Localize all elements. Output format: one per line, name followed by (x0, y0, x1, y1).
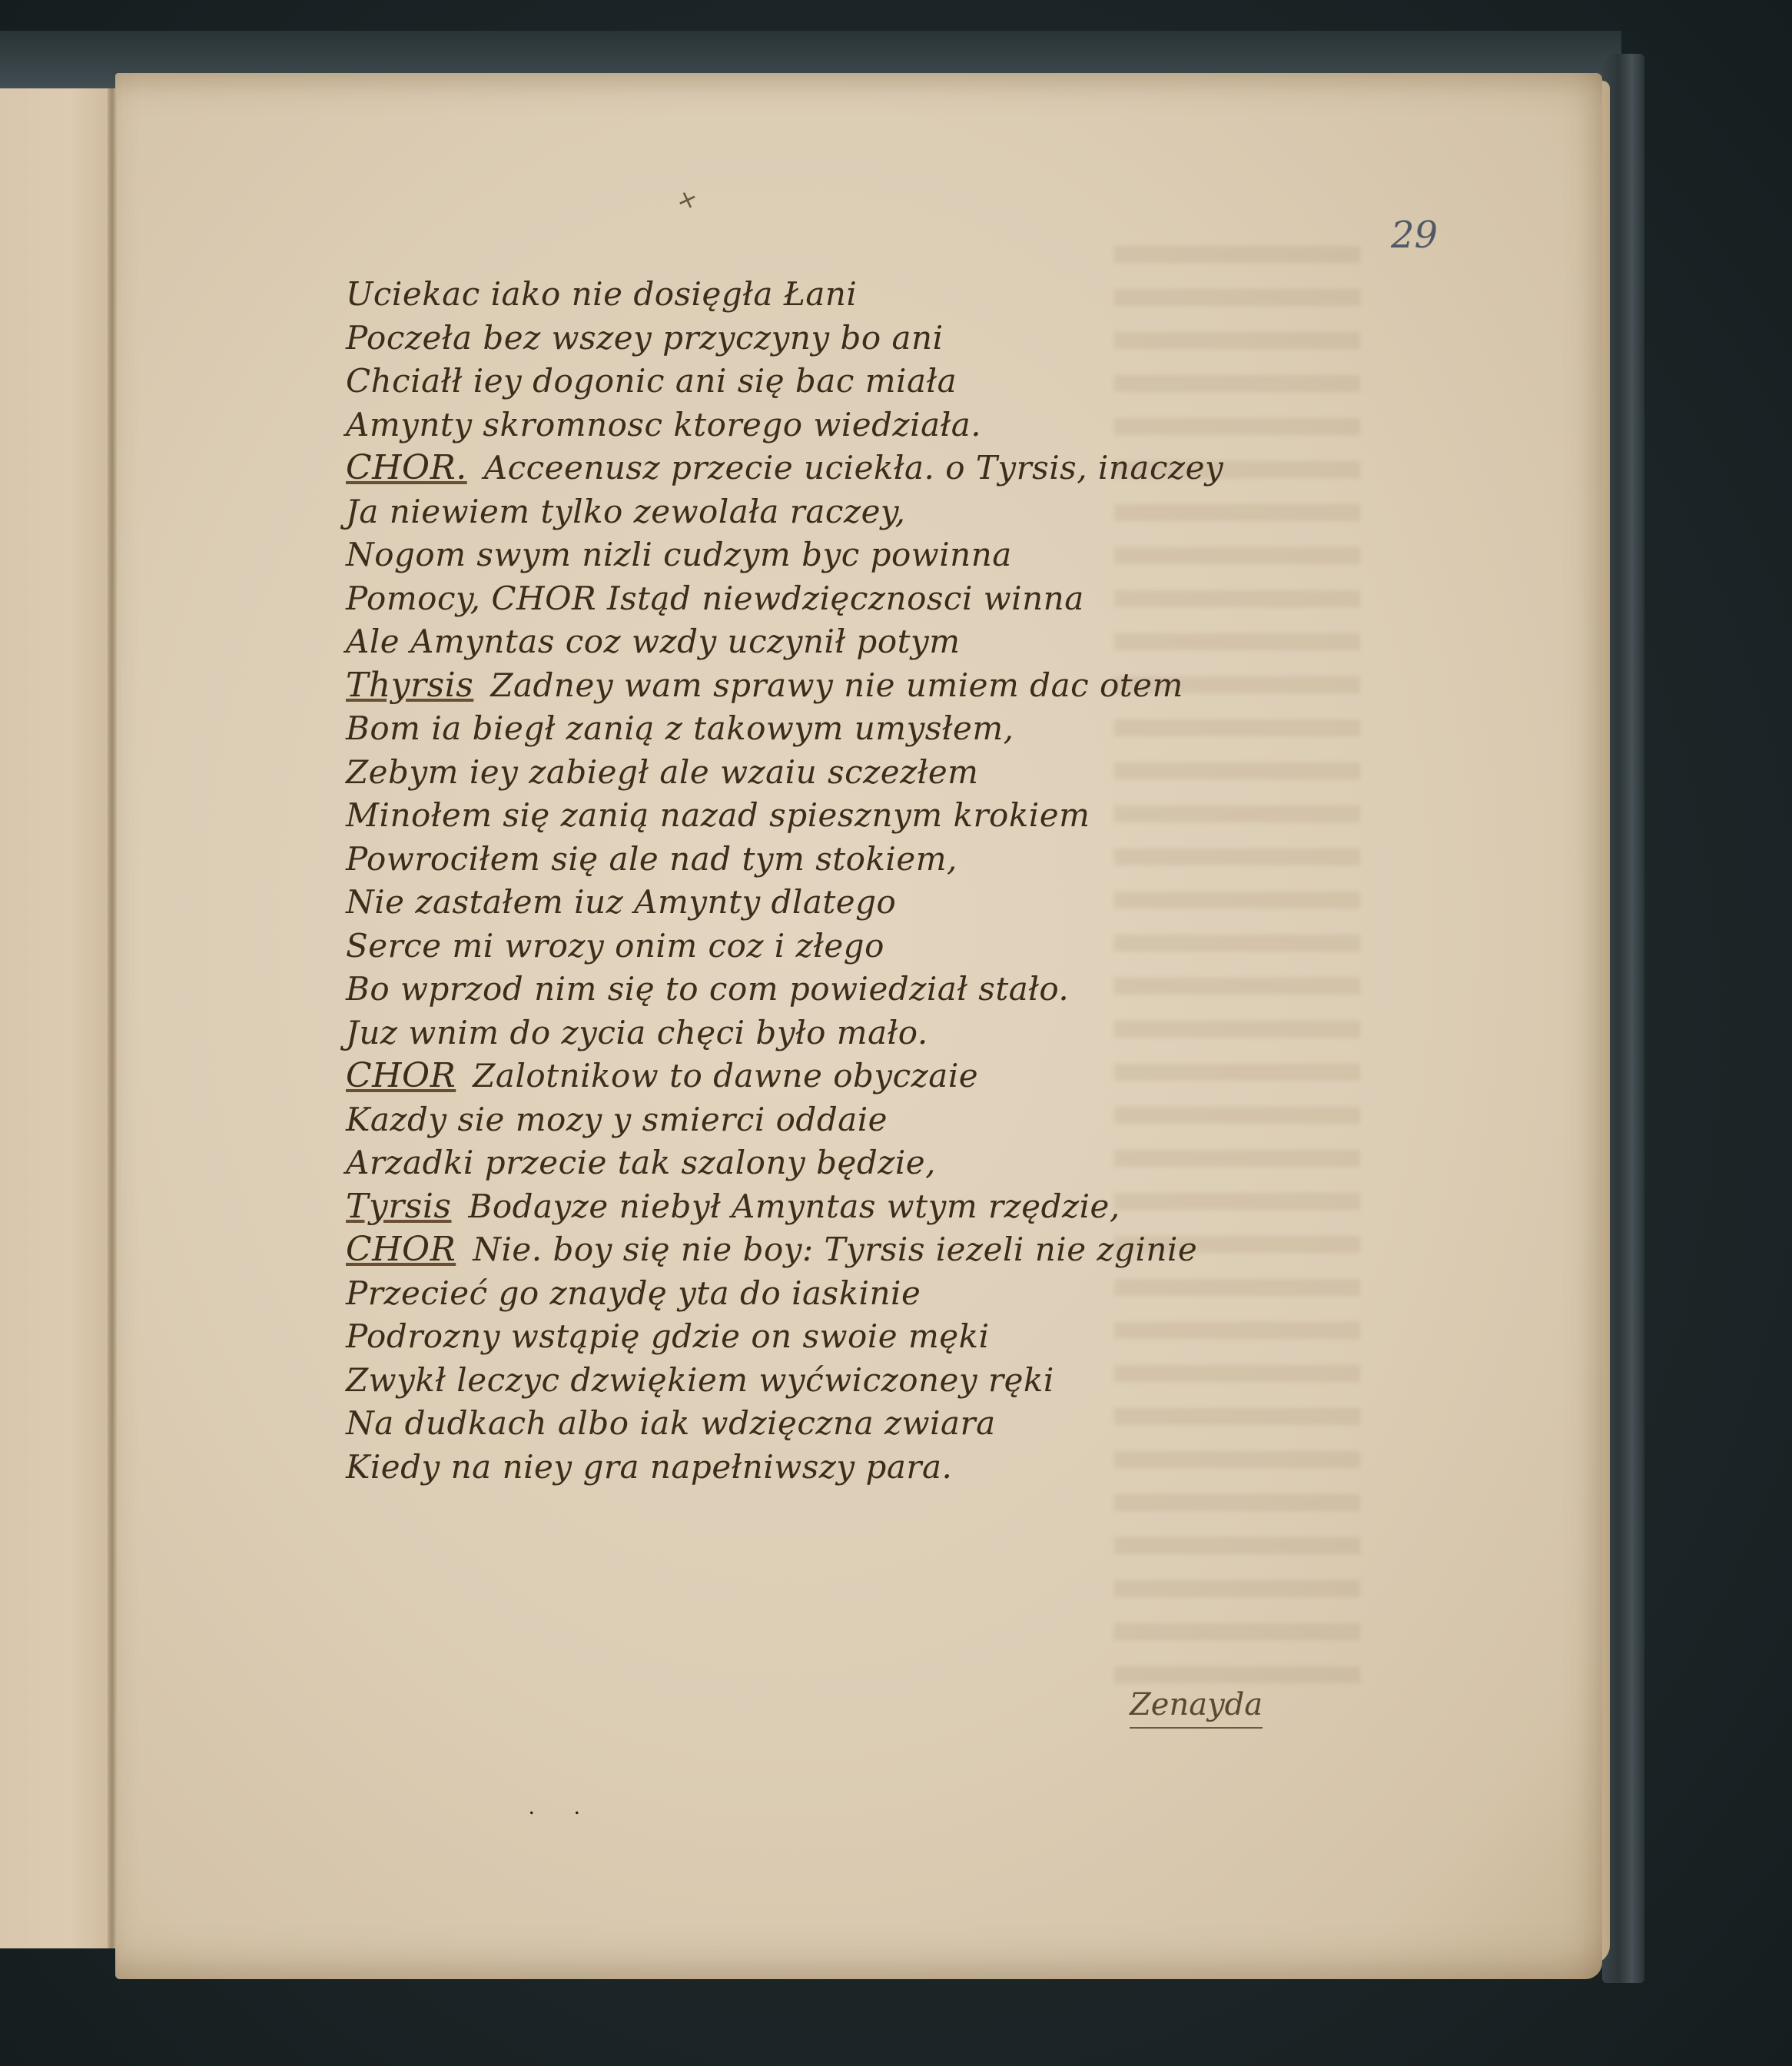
verse-text: Zalotnikow to dawne obyczaie (473, 1057, 978, 1094)
catchword: Zenayda (1130, 1687, 1263, 1729)
speaker-label: Thyrsis (346, 666, 473, 705)
manuscript-line: ThyrsisZadney wam sprawy nie umiem dac o… (346, 664, 1306, 708)
verse-text: Zadney wam sprawy nie umiem dac otem (490, 666, 1183, 704)
manuscript-line: Kazdy sie mozy y smierci oddaie (346, 1098, 1306, 1142)
verse-text: Pomocy, CHOR Istąd niewdzięcznosci winna (346, 580, 1084, 617)
verse-text: Arzadki przecie tak szalony będzie, (346, 1144, 936, 1181)
manuscript-line: Minołem się zanią nazad spiesznym krokie… (346, 794, 1306, 838)
verse-text: Zebym iey zabiegł ale wzaiu sczezłem (346, 753, 979, 791)
manuscript-line: Arzadki przecie tak szalony będzie, (346, 1141, 1306, 1185)
verse-text: Bo wprzod nim się to com powiedział stał… (346, 970, 1069, 1008)
verse-text: Nie zastałem iuz Amynty dlatego (346, 883, 896, 921)
manuscript-line: Podrozny wstąpię gdzie on swoie męki (346, 1315, 1306, 1359)
page-gutter (108, 88, 117, 1948)
manuscript-line: TyrsisBodayze niebył Amyntas wtym rzędzi… (346, 1185, 1306, 1229)
manuscript-line: Kiedy na niey gra napełniwszy para. (346, 1446, 1306, 1490)
verse-text: Bom ia biegł zanią z takowym umysłem, (346, 709, 1014, 747)
verse-text: Podrozny wstąpię gdzie on swoie męki (346, 1317, 990, 1355)
manuscript-line: Pomocy, CHOR Istąd niewdzięcznosci winna (346, 577, 1306, 621)
verse-text: Serce mi wrozy onim coz i złego (346, 927, 884, 965)
verse-text: Poczeła bez wszey przyczyny bo ani (346, 319, 944, 357)
verse-text: Ale Amyntas coz wzdy uczynił potym (346, 623, 961, 660)
manuscript-line: Bo wprzod nim się to com powiedział stał… (346, 968, 1306, 1011)
facing-page-left (0, 88, 115, 1948)
manuscript-line: Przecieć go znaydę yta do iaskinie (346, 1272, 1306, 1316)
folio-number: 29 (1391, 214, 1438, 257)
manuscript-line: CHOR.Acceenusz przecie uciekła. o Tyrsis… (346, 447, 1306, 490)
manuscript-line: Zebym iey zabiegł ale wzaiu sczezłem (346, 751, 1306, 795)
verse-text: Acceenusz przecie uciekła. o Tyrsis, ina… (484, 449, 1223, 487)
verse-text: Na dudkach albo iak wdzięczna zwiara (346, 1404, 996, 1442)
verse-text: Ja niewiem tylko zewolała raczey, (346, 493, 905, 530)
manuscript-line: Bom ia biegł zanią z takowym umysłem, (346, 707, 1306, 751)
manuscript-line: CHORZalotnikow to dawne obyczaie (346, 1055, 1306, 1098)
verse-text: Nogom swym nizli cudzym byc powinna (346, 536, 1012, 573)
manuscript-line: Na dudkach albo iak wdzięczna zwiara (346, 1402, 1306, 1446)
verse-text: Uciekac iako nie dosięgła Łani (346, 275, 857, 313)
verse-text: Zwykł leczyc dzwiękiem wyćwiczoney ręki (346, 1361, 1054, 1399)
manuscript-line: Nie zastałem iuz Amynty dlatego (346, 881, 1306, 925)
manuscript-text: Uciekac iako nie dosięgła ŁaniPoczeła be… (346, 273, 1306, 1489)
speaker-label: CHOR (346, 1230, 456, 1269)
speaker-label: Tyrsis (346, 1187, 451, 1226)
verse-text: Nie. boy się nie boy: Tyrsis iezeli nie … (473, 1231, 1197, 1268)
verse-text: Bodayze niebył Amyntas wtym rzędzie, (468, 1187, 1120, 1225)
verse-text: Chciałł iey dogonic ani się bac miała (346, 362, 957, 400)
manuscript-line: Ale Amyntas coz wzdy uczynił potym (346, 620, 1306, 664)
manuscript-line: Nogom swym nizli cudzym byc powinna (346, 533, 1306, 577)
verse-text: Juz wnim do zycia chęci było mało. (346, 1014, 928, 1051)
manuscript-line: Juz wnim do zycia chęci było mało. (346, 1011, 1306, 1055)
ink-dots: . . (529, 1794, 597, 1820)
verse-text: Amynty skromnosc ktorego wiedziała. (346, 406, 981, 443)
verse-text: Powrociłem się ale nad tym stokiem, (346, 840, 957, 878)
manuscript-line: Zwykł leczyc dzwiękiem wyćwiczoney ręki (346, 1359, 1306, 1403)
verse-text: Kazdy sie mozy y smierci oddaie (346, 1101, 888, 1138)
manuscript-line: Chciałł iey dogonic ani się bac miała (346, 360, 1306, 404)
verse-text: Przecieć go znaydę yta do iaskinie (346, 1274, 921, 1312)
manuscript-line: Uciekac iako nie dosięgła Łani (346, 273, 1306, 317)
verse-text: Kiedy na niey gra napełniwszy para. (346, 1448, 952, 1486)
manuscript-line: Poczeła bez wszey przyczyny bo ani (346, 317, 1306, 360)
speaker-label: CHOR. (346, 448, 467, 487)
manuscript-line: Amynty skromnosc ktorego wiedziała. (346, 404, 1306, 447)
manuscript-line: CHORNie. boy się nie boy: Tyrsis iezeli … (346, 1228, 1306, 1272)
manuscript-line: Ja niewiem tylko zewolała raczey, (346, 490, 1306, 534)
verse-text: Minołem się zanią nazad spiesznym krokie… (346, 796, 1090, 834)
manuscript-line: Powrociłem się ale nad tym stokiem, (346, 838, 1306, 882)
manuscript-line: Serce mi wrozy onim coz i złego (346, 925, 1306, 968)
speaker-label: CHOR (346, 1056, 456, 1095)
